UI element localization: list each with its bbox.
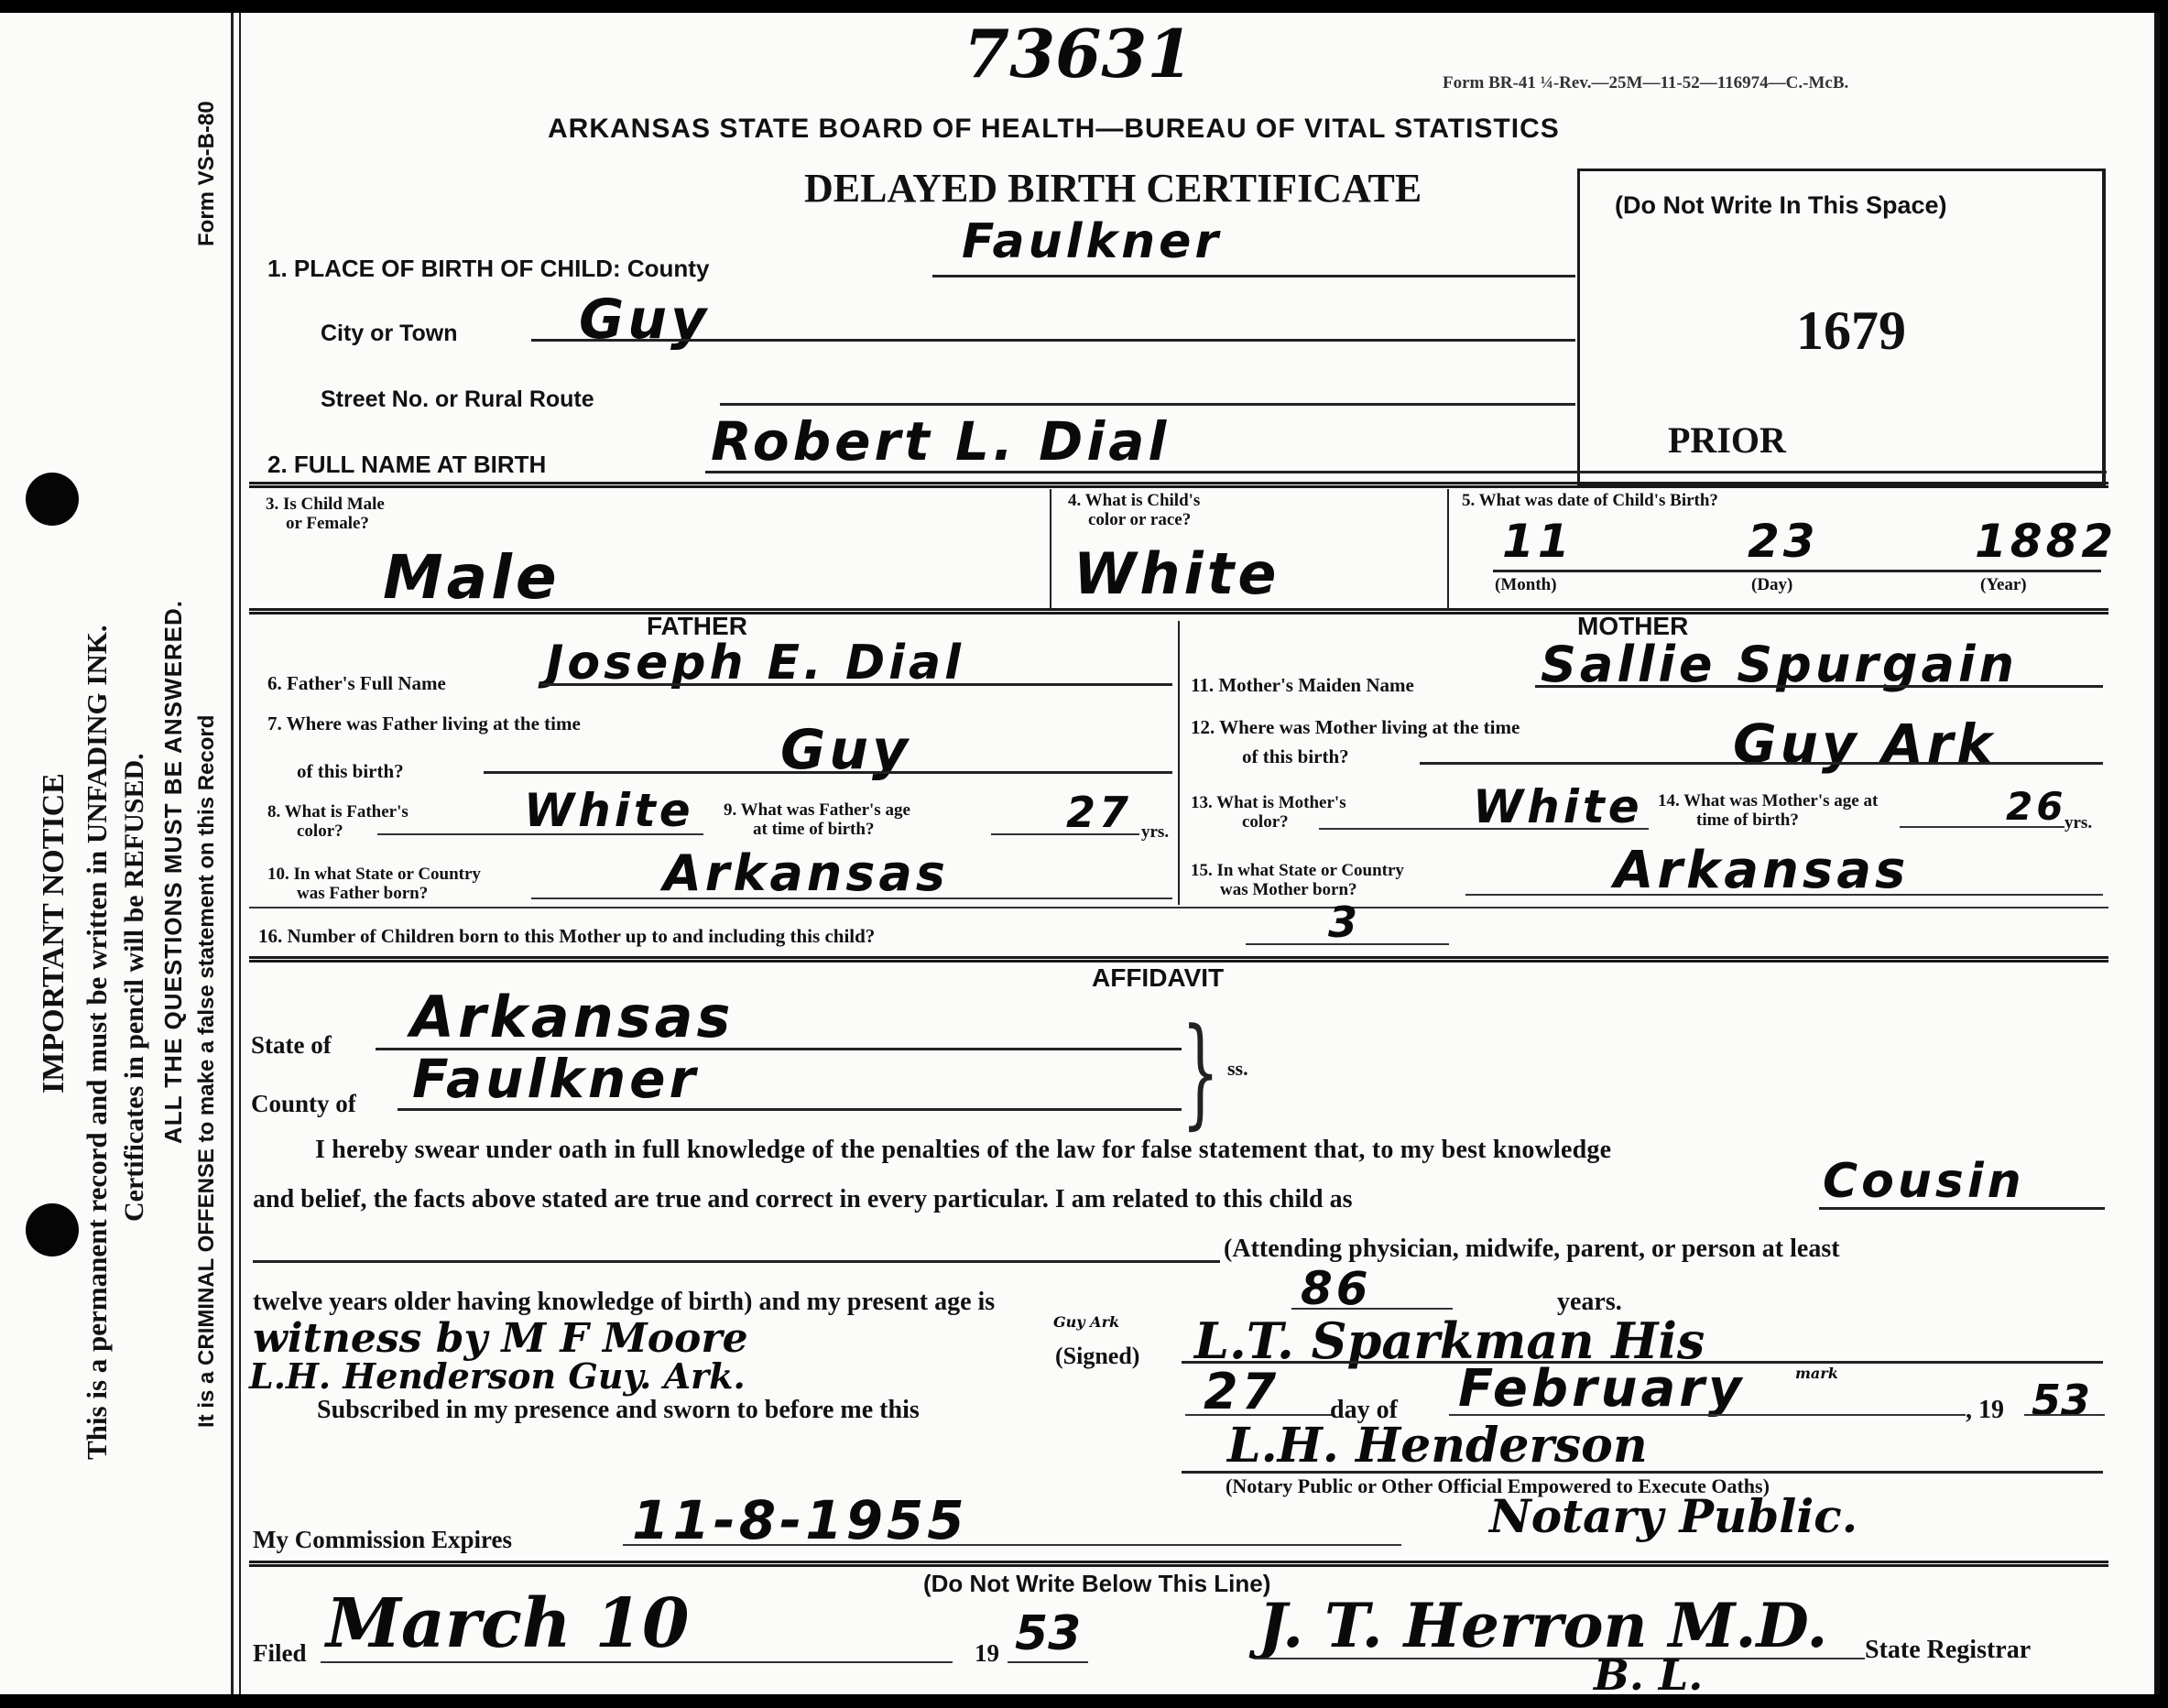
affidavit-heading: AFFIDAVIT bbox=[1092, 963, 1224, 993]
full-name-label: 2. FULL NAME AT BIRTH bbox=[267, 451, 546, 479]
dob-label: 5. What was date of Child's Birth? bbox=[1462, 491, 1718, 510]
notice-heading: IMPORTANT NOTICE bbox=[37, 773, 71, 1093]
divider-children-count bbox=[249, 907, 2108, 908]
child-race[interactable]: White bbox=[1073, 540, 1280, 607]
day-caption: (Day) bbox=[1751, 575, 1792, 595]
filed-label: Filed bbox=[253, 1639, 307, 1668]
commission-underline bbox=[623, 1544, 1401, 1546]
father-age-label: 9. What was Father's age at time of birt… bbox=[724, 800, 910, 839]
mother-residence-underline bbox=[1420, 762, 2103, 765]
left-border-b bbox=[239, 13, 241, 1694]
delayed-birth-certificate: IMPORTANT NOTICE This is a permanent rec… bbox=[0, 13, 2160, 1694]
father-name-label: 6. Father's Full Name bbox=[267, 672, 446, 695]
mother-birthplace-label-1: 15. In what State or Country bbox=[1191, 861, 1404, 880]
race-label-line1: 4. What is Child's bbox=[1068, 491, 1200, 510]
mother-residence-label-1: 12. Where was Mother living at the time bbox=[1191, 716, 1520, 739]
filed-year-underline bbox=[1008, 1661, 1088, 1663]
oath-line-1: I hereby swear under oath in full knowle… bbox=[315, 1136, 1611, 1165]
sworn-year-prefix: , 19 bbox=[1966, 1396, 2004, 1425]
dob-month[interactable]: 11 bbox=[1502, 515, 1574, 568]
street-label: Street No. or Rural Route bbox=[321, 386, 594, 413]
mother-color[interactable]: White bbox=[1473, 780, 1643, 833]
mother-age[interactable]: 26 bbox=[2006, 784, 2066, 829]
sworn-day-underline bbox=[1185, 1414, 1332, 1416]
father-age-unit: yrs. bbox=[1141, 822, 1169, 842]
dob-underline bbox=[1493, 570, 2101, 572]
city-underline bbox=[531, 339, 1575, 342]
street-underline bbox=[720, 403, 1575, 406]
registrar-initials: B. L. bbox=[1594, 1650, 1703, 1694]
children-count-underline bbox=[1246, 943, 1449, 945]
mother-name-label: 11. Mother's Maiden Name bbox=[1191, 674, 1414, 697]
father-age-label-1: 9. What was Father's age bbox=[724, 800, 910, 820]
father-residence-label-1: 7. Where was Father living at the time bbox=[267, 713, 581, 735]
filed-date-underline bbox=[321, 1661, 953, 1663]
race-label-line2: color or race? bbox=[1068, 510, 1200, 529]
sworn-year[interactable]: 53 bbox=[2032, 1376, 2090, 1425]
father-birthplace[interactable]: Arkansas bbox=[663, 844, 949, 902]
dob-day[interactable]: 23 bbox=[1748, 515, 1819, 568]
relation[interactable]: Cousin bbox=[1823, 1154, 2025, 1209]
relation-line-2 bbox=[253, 1260, 1220, 1263]
father-age[interactable]: 27 bbox=[1066, 788, 1132, 837]
birth-city[interactable]: Guy bbox=[579, 288, 710, 352]
form-number: Form BR-41 ¼-Rev.—25M—11-52—116974—C.-Mc… bbox=[1443, 73, 1848, 93]
sex-label: 3. Is Child Male or Female? bbox=[266, 495, 385, 533]
month-caption: (Month) bbox=[1495, 575, 1557, 595]
dob-year[interactable]: 1882 bbox=[1975, 515, 2117, 568]
divider-filing-top bbox=[249, 1561, 2108, 1567]
sworn-month-underline bbox=[1449, 1414, 1966, 1416]
office-use-box: (Do Not Write In This Space) 1679 PRIOR bbox=[1577, 169, 2106, 485]
sworn-year-underline bbox=[2024, 1414, 2105, 1416]
mother-birthplace[interactable]: Arkansas bbox=[1614, 841, 1909, 900]
mother-birthplace-label-2: was Mother born? bbox=[1191, 880, 1404, 899]
mother-birthplace-underline bbox=[1465, 894, 2103, 896]
mother-color-underline bbox=[1319, 828, 1649, 830]
divider-child-row-top bbox=[249, 482, 2108, 488]
mother-age-label-2: time of birth? bbox=[1658, 810, 1878, 830]
county-label: 1. PLACE OF BIRTH OF CHILD: County bbox=[267, 255, 709, 283]
divider-race-dob bbox=[1447, 489, 1449, 610]
divider-father-mother bbox=[1178, 621, 1180, 905]
father-name-underline bbox=[540, 683, 1172, 686]
registrar-signature[interactable]: J. T. Herron M.D. bbox=[1258, 1590, 1827, 1661]
county-underline bbox=[932, 275, 1575, 277]
notice-line-1: This is a permanent record and must be w… bbox=[81, 625, 114, 1460]
mother-age-unit: yrs. bbox=[2065, 813, 2092, 832]
year-caption: (Year) bbox=[1980, 575, 2027, 595]
father-color-label-1: 8. What is Father's bbox=[267, 802, 409, 821]
father-residence-underline bbox=[484, 771, 1172, 774]
child-sex[interactable]: Male bbox=[383, 542, 561, 613]
notary-signature[interactable]: L.H. Henderson bbox=[1227, 1418, 1648, 1474]
county-underline-affidavit bbox=[398, 1108, 1182, 1111]
commission-date[interactable]: 11-8-1955 bbox=[632, 1489, 968, 1551]
mother-residence[interactable]: Guy Ark bbox=[1733, 713, 1996, 775]
filed-year-prefix: 19 bbox=[975, 1639, 999, 1668]
full-name-underline bbox=[705, 471, 2107, 473]
commission-label: My Commission Expires bbox=[253, 1526, 512, 1554]
birth-county[interactable]: Faulkner bbox=[962, 214, 1222, 269]
ss-label: ss. bbox=[1227, 1057, 1248, 1081]
father-color[interactable]: White bbox=[524, 784, 694, 837]
mother-age-label-1: 14. What was Mother's age at bbox=[1658, 791, 1878, 810]
sworn-day[interactable]: 27 bbox=[1204, 1363, 1280, 1420]
oath-line-2: and belief, the facts above stated are t… bbox=[253, 1185, 1352, 1214]
notary-title[interactable]: Notary Public. bbox=[1489, 1489, 1858, 1543]
father-color-underline bbox=[377, 833, 703, 835]
father-color-label-2: color? bbox=[267, 821, 409, 841]
father-birthplace-label: 10. In what State or Country was Father … bbox=[267, 865, 481, 903]
brace-icon: } bbox=[1182, 1002, 1219, 1141]
sex-label-line2: or Female? bbox=[266, 514, 385, 533]
race-label: 4. What is Child's color or race? bbox=[1068, 491, 1200, 529]
father-birthplace-label-2: was Father born? bbox=[267, 884, 481, 903]
punch-hole-bottom bbox=[26, 1203, 79, 1257]
divider-parents-top bbox=[249, 608, 2108, 615]
sworn-month[interactable]: February bbox=[1458, 1359, 1745, 1419]
father-birthplace-label-1: 10. In what State or Country bbox=[267, 865, 481, 884]
mother-age-underline bbox=[1900, 826, 2065, 828]
oath-line-4: twelve years older having knowledge of b… bbox=[253, 1288, 995, 1317]
county-of-label: County of bbox=[251, 1090, 356, 1118]
right-border bbox=[2154, 13, 2160, 1694]
children-count[interactable]: 3 bbox=[1328, 898, 1361, 947]
father-age-underline bbox=[991, 833, 1139, 835]
form-code: Form VS-B-80 bbox=[194, 101, 220, 246]
mark-note: mark bbox=[1795, 1365, 1838, 1382]
filed-year[interactable]: 53 bbox=[1015, 1606, 1081, 1661]
notary-underline bbox=[1182, 1471, 2103, 1474]
state-registrar-label: State Registrar bbox=[1865, 1636, 2031, 1665]
mother-color-label-1: 13. What is Mother's bbox=[1191, 793, 1346, 812]
father-birthplace-underline bbox=[531, 898, 1172, 899]
witness-note: Guy Ark bbox=[1053, 1313, 1119, 1331]
page-title: DELAYED BIRTH CERTIFICATE bbox=[804, 165, 1422, 212]
registration-number: 1679 bbox=[1796, 299, 1906, 363]
affidavit-county[interactable]: Faulkner bbox=[412, 1048, 699, 1110]
punch-hole-top bbox=[26, 473, 79, 526]
notice-line-3: ALL THE QUESTIONS MUST BE ANSWERED. bbox=[159, 600, 188, 1144]
signed-label: (Signed) bbox=[1055, 1343, 1139, 1370]
mother-birthplace-label: 15. In what State or Country was Mother … bbox=[1191, 861, 1404, 899]
agency-name: ARKANSAS STATE BOARD OF HEALTH—BUREAU OF… bbox=[548, 114, 1560, 145]
relation-underline bbox=[1819, 1207, 2105, 1210]
filed-date[interactable]: March 10 bbox=[326, 1584, 689, 1663]
file-number: 73631 bbox=[964, 15, 1193, 92]
prior-stamp: PRIOR bbox=[1668, 419, 1786, 462]
affiant-age-underline bbox=[1291, 1308, 1453, 1310]
left-border-a bbox=[231, 13, 234, 1694]
city-label: City or Town bbox=[321, 321, 458, 347]
mother-name-underline bbox=[1535, 685, 2103, 688]
sex-label-line1: 3. Is Child Male bbox=[266, 495, 385, 514]
children-count-label: 16. Number of Children born to this Moth… bbox=[258, 925, 875, 948]
notice-line-2: Certificates in pencil will be REFUSED. bbox=[119, 753, 150, 1222]
affidavit-state[interactable]: Arkansas bbox=[410, 984, 734, 1050]
father-residence-label-2: of this birth? bbox=[297, 760, 404, 783]
divider-sex-race bbox=[1050, 489, 1051, 610]
subscribed-label: Subscribed in my presence and sworn to b… bbox=[317, 1396, 920, 1425]
witness-line-2[interactable]: L.H. Henderson Guy. Ark. bbox=[249, 1355, 746, 1397]
state-label: State of bbox=[251, 1031, 332, 1060]
mother-residence-label-2: of this birth? bbox=[1242, 745, 1349, 768]
divider-affidavit-top bbox=[249, 956, 2108, 963]
full-name[interactable]: Robert L. Dial bbox=[711, 410, 1170, 473]
office-box-label: (Do Not Write In This Space) bbox=[1615, 191, 1947, 220]
mother-age-label: 14. What was Mother's age at time of bir… bbox=[1658, 791, 1878, 830]
father-name[interactable]: Joseph E. Dial bbox=[546, 636, 964, 691]
oath-line-3: (Attending physician, midwife, parent, o… bbox=[1224, 1235, 1840, 1264]
do-not-write-below: (Do Not Write Below This Line) bbox=[923, 1570, 1270, 1598]
father-age-label-2: at time of birth? bbox=[724, 820, 910, 839]
mother-color-label: 13. What is Mother's color? bbox=[1191, 793, 1346, 832]
notice-line-4: It is a CRIMINAL OFFENSE to make a false… bbox=[194, 715, 220, 1428]
registrar-underline bbox=[1255, 1658, 1865, 1659]
